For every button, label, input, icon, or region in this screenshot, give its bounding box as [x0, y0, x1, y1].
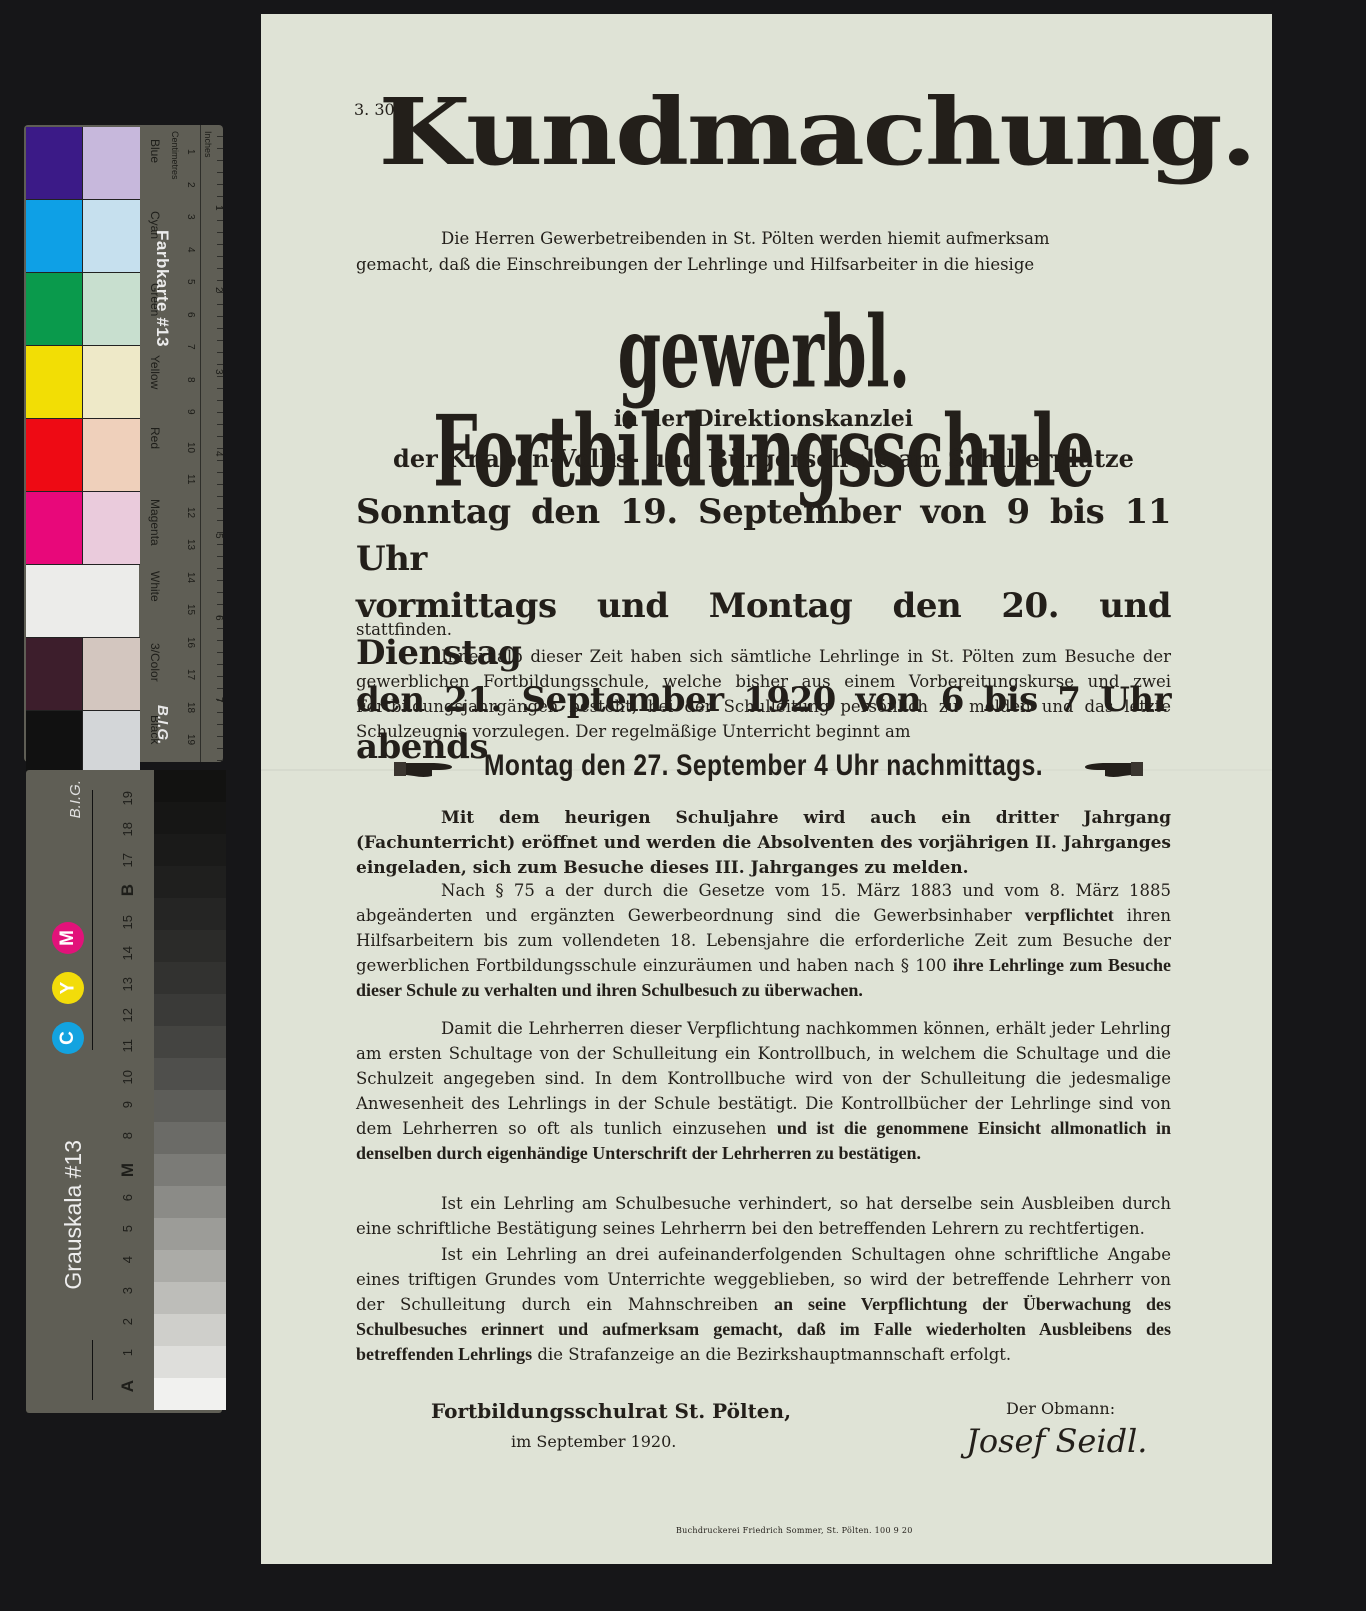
swatch-dark: [26, 200, 83, 272]
swatch-label: Blue: [148, 139, 162, 163]
ruler-cm-number: 3: [185, 214, 196, 220]
swatch-label: White: [148, 571, 162, 602]
grey-step-number: 11: [120, 1039, 135, 1053]
swatch-light: [83, 419, 140, 491]
intro-line-2: gemacht, daß die Einschreibungen der Leh…: [356, 252, 1171, 278]
poster-paper: 3. 30. Kundmachung. Die Herren Gewerbetr…: [261, 14, 1272, 1564]
ruler-inch-number: 7: [213, 697, 224, 703]
grey-step: [154, 1122, 226, 1154]
swatch-blue: [26, 127, 140, 200]
grey-step: [154, 1250, 226, 1282]
grey-step-number: 18: [120, 822, 135, 836]
swatch-labels: BlueCyanGreenYellowRedMagentaWhite3/Colo…: [142, 125, 172, 762]
grey-step: [154, 994, 226, 1026]
ruler-cm-number: 18: [185, 702, 196, 713]
ruler-cm-number: 7: [185, 344, 196, 350]
ruler-cm-number: 11: [185, 474, 196, 484]
swatch-dark: [26, 346, 83, 418]
grey-scale-title: Grauskala #13: [60, 1140, 87, 1290]
swatch-light: [83, 273, 140, 345]
issuer-signature: Fortbildungsschulrat St. Pölten,: [431, 1399, 791, 1423]
ruler-cm-label: Centimetres: [170, 131, 180, 180]
swatch-dark: [26, 273, 83, 345]
grey-step: [154, 834, 226, 866]
location-line-2: der Knaben-Volks- und Bürgerschule am Sc…: [356, 444, 1171, 473]
grey-step: [154, 930, 226, 962]
printer-imprint: Buchdruckerei Friedrich Sommer, St. Pölt…: [676, 1526, 913, 1535]
grey-step: [154, 1218, 226, 1250]
paragraph-third-year: Mit dem heurigen Schuljahre wird auch ei…: [356, 806, 1171, 881]
swatch-yellow: [26, 346, 140, 419]
paragraph-control-book: Damit die Lehrherren dieser Verpflichtun…: [356, 1016, 1171, 1166]
swatch-dark: [26, 565, 139, 637]
ruler-cm-number: 1: [185, 149, 196, 155]
ruler-cm-number: 10: [185, 442, 196, 453]
swatch-light: [83, 127, 140, 199]
divider-line: [92, 1340, 93, 1400]
grey-step-number: A: [118, 1380, 138, 1392]
grey-step-number: 9: [120, 1101, 135, 1108]
grey-step-number: 15: [120, 915, 135, 929]
grey-step: [154, 962, 226, 994]
ruler-cm-number: 2: [185, 182, 196, 188]
ruler-cm-number: 6: [185, 312, 196, 318]
grey-step-number: 5: [120, 1225, 135, 1232]
grey-step: [154, 1186, 226, 1218]
swatch-dark: [26, 127, 83, 199]
swatch-cyan: [26, 200, 140, 273]
swatch-dark: [26, 492, 83, 564]
swatch-3-color: [26, 638, 140, 711]
ruler-inch-number: 2: [213, 287, 224, 293]
ruler-cm-number: 15: [185, 604, 196, 615]
grey-step: [154, 1058, 226, 1090]
grey-steps: [154, 770, 226, 1413]
color-chart-title: Farbkarte #13: [152, 230, 172, 347]
grey-step-number: 2: [120, 1318, 135, 1325]
swatch-white: [26, 565, 140, 638]
ruler-cm-number: 4: [185, 247, 196, 253]
cym-c-dot: C: [52, 1022, 84, 1054]
start-date-announcement: Montag den 27. September 4 Uhr nachmitta…: [429, 749, 1097, 783]
ruler-cm-number: 19: [185, 734, 196, 745]
grey-step: [154, 770, 226, 802]
grey-step: [154, 1090, 226, 1122]
poster-title: Kundmachung.: [379, 86, 1184, 178]
color-chart-brand: B.I.G.: [154, 705, 171, 744]
dates-line-1: Sonntag den 19. September von 9 bis 11 U…: [356, 489, 1171, 583]
color-calibration-chart: BlueCyanGreenYellowRedMagentaWhite3/Colo…: [24, 125, 223, 762]
intro-line-1: Die Herren Gewerbetreibenden in St. Pölt…: [356, 226, 1171, 252]
paragraph-registration: Innerhalb dieser Zeit haben sich sämtlic…: [356, 644, 1171, 744]
grey-step: [154, 1346, 226, 1378]
ruler-cm-number: 17: [185, 669, 196, 680]
divider-line: [92, 790, 93, 1050]
swatch-green: [26, 273, 140, 346]
ruler-inch-number: 5: [213, 533, 224, 539]
paragraph-legal-obligation: Nach § 75 a der durch die Gesetze vom 15…: [356, 878, 1171, 1003]
grey-step: [154, 1154, 226, 1186]
ruler-cm-number: 14: [185, 572, 196, 583]
pointing-hand-left-icon: [1083, 758, 1143, 780]
cym-y-dot: Y: [52, 972, 84, 1004]
grey-step: [154, 1026, 226, 1058]
swatch-label: 3/Color: [148, 643, 162, 682]
grey-step-number: 17: [120, 853, 135, 867]
grey-step-number: 19: [120, 791, 135, 805]
grey-step-number: 1: [120, 1349, 135, 1356]
grey-step-number: 4: [120, 1256, 135, 1263]
grey-step: [154, 898, 226, 930]
issue-date: im September 1920.: [511, 1432, 676, 1451]
ruler-cm-number: 13: [185, 539, 196, 550]
grey-step-number: 13: [120, 977, 135, 991]
ruler-cm-number: 5: [185, 279, 196, 285]
swatch-dark: [26, 638, 83, 710]
chairman-name: Josef Seidl.: [966, 1422, 1147, 1460]
ruler-inch-number: 4: [213, 451, 224, 457]
grey-step: [154, 1378, 226, 1410]
swatch-light: [83, 638, 140, 710]
swatch-light: [83, 492, 140, 564]
ruler-cm-number: 12: [185, 507, 196, 518]
ruler-cm-number: 9: [185, 409, 196, 415]
grey-step-number: B: [118, 884, 138, 896]
location-line-1: in der Direktionskanzlei: [356, 406, 1171, 432]
swatch-dark: [26, 419, 83, 491]
ruler-cm-number: 16: [185, 637, 196, 648]
ruler-inch-number: 3: [213, 369, 224, 375]
stattfinden-text: stattfinden.: [356, 620, 452, 639]
chairman-label: Der Obmann:: [1006, 1399, 1115, 1418]
paragraph-absence: Ist ein Lehrling am Schulbesuche verhind…: [356, 1191, 1171, 1241]
grey-step-number: M: [118, 1163, 138, 1177]
grey-step: [154, 1314, 226, 1346]
ruler-cm-number: 8: [185, 377, 196, 383]
grey-step-number: 3: [120, 1287, 135, 1294]
intro-text: Die Herren Gewerbetreibenden in St. Pölt…: [356, 226, 1171, 278]
cym-m-dot: M: [52, 922, 84, 954]
grey-scale-brand: B.I.G.: [67, 780, 84, 818]
grey-step-number: 8: [120, 1132, 135, 1139]
grey-step-number: 12: [120, 1008, 135, 1022]
grey-step: [154, 1282, 226, 1314]
ruler-inch-number: 1: [213, 205, 224, 211]
grey-step-number: 6: [120, 1194, 135, 1201]
swatch-red: [26, 419, 140, 492]
color-swatches: [26, 127, 140, 760]
grey-step: [154, 802, 226, 834]
swatch-label: Yellow: [148, 355, 162, 389]
swatch-label: Red: [148, 427, 162, 449]
swatch-magenta: [26, 492, 140, 565]
grey-step-number: 10: [120, 1070, 135, 1084]
paragraph-penalty: Ist ein Lehrling an drei aufeinanderfolg…: [356, 1242, 1171, 1367]
swatch-label: Magenta: [148, 499, 162, 546]
ruler-inch-number: 6: [213, 615, 224, 621]
ruler-inches-label: Inches: [203, 131, 213, 158]
grey-step: [154, 866, 226, 898]
ruler: Inches 123456789101112131415161718191234…: [200, 125, 223, 762]
swatch-light: [83, 200, 140, 272]
swatch-light: [83, 346, 140, 418]
grey-step-number: 14: [120, 946, 135, 960]
